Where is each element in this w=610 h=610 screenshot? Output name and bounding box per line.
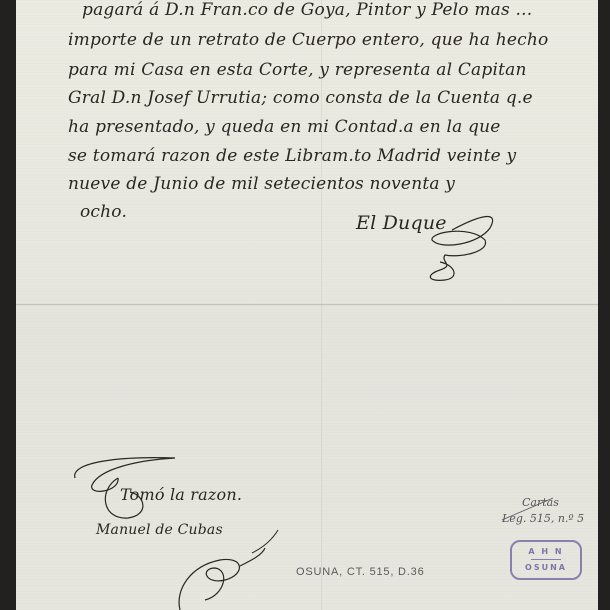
- registry-note-tomo-la-razon: Tomó la razon.: [120, 485, 242, 504]
- pencil-annotation-cartas: Cartas: [522, 496, 559, 509]
- stamp-top-text: A H N: [512, 547, 580, 556]
- pencil-annotation-legajo: Leg. 515, n.º 5: [502, 512, 584, 525]
- registry-note-signer: Manuel de Cubas: [96, 522, 223, 538]
- scan-background: pagará á D.n Fran.co de Goya, Pintor y P…: [0, 0, 610, 610]
- pencil-archive-reference: OSUNA, CT. 515, D.36: [296, 566, 425, 578]
- archive-stamp: A H N OSUNA: [510, 540, 582, 580]
- stamp-bottom-text: OSUNA: [512, 563, 580, 572]
- stamp-divider: [531, 559, 561, 560]
